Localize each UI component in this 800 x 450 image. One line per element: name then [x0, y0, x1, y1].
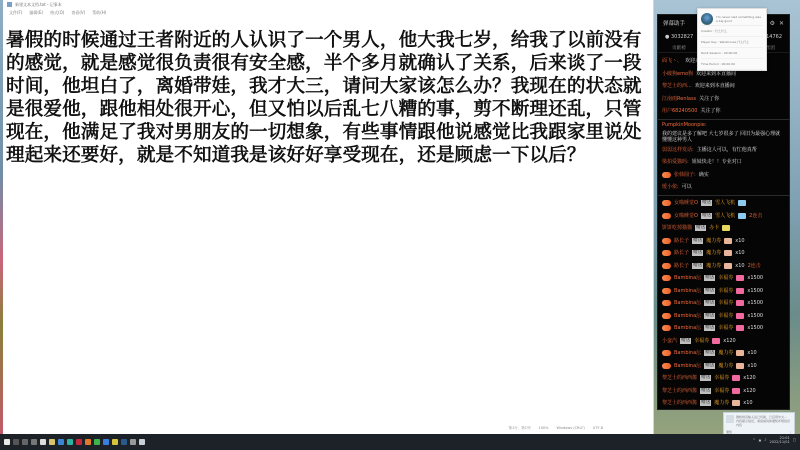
gift-name: 魔力券 [718, 363, 733, 369]
folder-icon[interactable] [49, 439, 55, 445]
gift-verb: 赠送 [692, 238, 703, 244]
start-icon[interactable] [4, 439, 10, 445]
menu-edit[interactable]: 编辑(E) [28, 10, 44, 16]
notification-body: 内容提示信息，请查看具体通知详细信息内容 [736, 419, 792, 427]
app-red-icon[interactable] [76, 439, 82, 445]
gift-name: 幸福券 [718, 288, 733, 294]
gift-sender: 路长子 [674, 250, 689, 256]
settings-icon[interactable]: ⚙ [770, 20, 775, 27]
gift-name: 办卡 [709, 225, 719, 231]
gift-sender: 黎芝士的西西酱 [662, 388, 697, 394]
gift-sender: Bambina沄 [674, 300, 701, 306]
gift-message: 路长子赠送魔力券x10 [662, 248, 785, 259]
room-id: 3032827 [671, 34, 693, 40]
gift-ticket-icon [724, 238, 732, 244]
popup-headline: I'm never said something was a big good [716, 15, 763, 23]
status-bar: 第1行，第1列 100% Windows (CRLF) UTF-8 [509, 426, 604, 431]
gift-ticket-icon [736, 350, 744, 356]
gift-sender: Bambina沄 [674, 275, 701, 281]
gift-pink-icon [736, 275, 744, 281]
fan-badge-icon [662, 250, 671, 256]
fan-badge-icon [662, 213, 671, 219]
gift-name: 雪人飞机 [715, 213, 735, 219]
gift-name: 幸福券 [718, 275, 733, 281]
gift-sender: 黎芝士的西西酱 [662, 375, 697, 381]
fan-badge-icon [662, 350, 671, 356]
search-icon[interactable] [13, 439, 19, 445]
volume-icon[interactable]: ♪ [764, 438, 766, 442]
gift-sender: Bambina沄 [674, 288, 701, 294]
chat-comment: PumpkinMoonpie:我的建议是多了解吧 大七岁很多了 回旧为最强心理就… [662, 122, 785, 143]
gift-pink-icon [732, 388, 740, 394]
edge-icon[interactable] [67, 439, 73, 445]
gift-sender: 饼饼吃掉猫猫 [662, 225, 692, 231]
gift-pink-icon [712, 338, 720, 344]
notepad-window: 新建文本文档.txt - 记事本 文件(F) 编辑(E) 格式(O) 查看(V)… [3, 0, 654, 434]
gift-message: 女喵睡觉O赠送雪人飞机2连击 [662, 210, 785, 221]
gift-verb: 赠送 [692, 250, 703, 256]
gift-plane-icon [738, 213, 746, 219]
gift-sender: 女喵睡觉O [674, 200, 698, 206]
gift-message: Bambina沄赠送魔力券x10 [662, 360, 785, 371]
gift-sender: Bambina沄 [674, 363, 701, 369]
tab-contribution[interactable]: 贡献榜 [672, 45, 686, 51]
gift-count: x1500 [747, 288, 763, 294]
gift-verb: 赠送 [704, 275, 715, 281]
gift-message: 黎芝士的西西酱赠送幸福券x120 [662, 385, 785, 396]
fan-badge-icon [662, 363, 671, 369]
gift-name: 魔力券 [706, 238, 721, 244]
gift-message: Bambina沄赠送幸福券x1500 [662, 323, 785, 334]
status-zoom: 100% [538, 426, 548, 431]
gift-name: 魔力券 [706, 250, 721, 256]
gift-verb: 赠送 [700, 375, 711, 381]
app-orange-icon[interactable] [85, 439, 91, 445]
gift-message: 黎芝士的西西酱赠送魔力券x10 [662, 398, 785, 409]
gift-count: x10 [743, 400, 752, 406]
gift-message: 饼饼吃掉猫猫赠送办卡 [662, 223, 785, 234]
menu-view[interactable]: 查看(V) [70, 10, 86, 16]
app-yellow-icon[interactable] [112, 439, 118, 445]
status-position: 第1行，第1列 [509, 426, 531, 431]
gift-sender: Bambina沄 [674, 325, 701, 331]
gift-verb: 赠送 [704, 350, 715, 356]
gift-name: 幸福券 [718, 300, 733, 306]
gift-message: 小蛮汽赠送幸福券x120 [662, 335, 785, 346]
gift-name: 幸福券 [714, 388, 729, 394]
app-blue-icon[interactable] [103, 439, 109, 445]
user-info-popup: I'm never said something was a big good … [697, 8, 767, 71]
gift-message: Bambina沄赠送幸福券x1500 [662, 273, 785, 284]
gift-count: x1500 [747, 325, 763, 331]
chat-message: 江南雨Renlass关注了你 [662, 93, 785, 104]
chat-message: 用户68240500关注了你 [662, 106, 785, 117]
gift-verb: 赠送 [704, 325, 715, 331]
status-line-ending: Windows (CRLF) [556, 426, 584, 431]
fan-badge-icon [662, 263, 671, 269]
gift-verb: 赠送 [704, 288, 715, 294]
fan-badge-icon [662, 300, 671, 306]
chat-comment: 弱弱这样发话:主播这人可以，有忙他真帮 [662, 144, 785, 155]
clock[interactable]: 21:01 2022/11/01 [770, 436, 790, 444]
chat-message: 黎芝士的西...欢迎来到本直播间 [662, 81, 785, 92]
fan-badge-icon [662, 200, 671, 206]
gift-pink-icon [736, 325, 744, 331]
gift-name: 魔力券 [706, 263, 721, 269]
menu-bar: 文件(F) 编辑(E) 格式(O) 查看(V) 帮助(H) [3, 9, 653, 17]
window-title: 新建文本文档.txt - 记事本 [15, 2, 62, 8]
chat-comment: 梁拍爱猫吗:姐妹快走！！专业对口 [662, 157, 785, 168]
gift-count: x1500 [747, 300, 763, 306]
gift-name: 魔力券 [718, 350, 733, 356]
close-icon[interactable]: ✕ [779, 20, 784, 27]
gift-list: 女喵睡觉O赠送雪人飞机女喵睡觉O赠送雪人飞机2连击饼饼吃掉猫猫赠送办卡路长子赠送… [662, 198, 785, 409]
steam-icon[interactable] [139, 439, 145, 445]
gift-count: x10 [735, 263, 744, 269]
gift-ticket-icon [724, 263, 732, 269]
gift-sender: Bambina沄 [674, 350, 701, 356]
gift-verb: 赠送 [701, 213, 712, 219]
divider [658, 195, 789, 196]
gift-count: x1500 [747, 313, 763, 319]
gift-pink-icon [736, 313, 744, 319]
chat-title: 弹幕助手 [663, 19, 685, 27]
gift-verb: 赠送 [680, 338, 691, 344]
gift-message: 路长子赠送魔力券x102连击 [662, 260, 785, 271]
gift-count: x120 [723, 338, 736, 344]
tray-chevron-icon[interactable]: ^ [753, 438, 756, 442]
gift-name: 幸福券 [718, 325, 733, 331]
gift-count: x10 [735, 238, 744, 244]
gift-verb: 赠送 [695, 225, 706, 231]
popup-line: Creator : 什么什么 [701, 26, 763, 37]
status-encoding: UTF-8 [593, 426, 603, 431]
gift-sender: 女喵睡觉O [674, 213, 698, 219]
system-tray: ^ ▲ ♪ 21:01 2022/11/01 □ [753, 436, 796, 444]
gift-count: x120 [743, 388, 756, 394]
gift-count: x10 [747, 363, 756, 369]
gift-ticket-icon [732, 400, 740, 406]
gift-verb: 赠送 [700, 388, 711, 394]
chat-comment: 缓小依:可以 [662, 182, 785, 193]
popup-line: Time Period : 00:00:00 [701, 59, 763, 70]
gift-name: 幸福券 [718, 313, 733, 319]
mail-icon[interactable] [58, 439, 64, 445]
gift-count: x1500 [747, 275, 763, 281]
notification-center-icon[interactable]: □ [793, 438, 796, 442]
danmaku-chat-panel: 弹幕助手 🔒 ⚙ ✕ ● 3032827 14762 贡献榜 粉丝团 面飞丶、欢… [657, 14, 790, 410]
popup-line: Rank Session : 00:00:00 [701, 48, 763, 59]
gift-sender: Bambina沄 [674, 313, 701, 319]
avatar [701, 13, 713, 25]
fan-badge-icon [662, 325, 671, 331]
gift-message: Bambina沄赠送魔力券x10 [662, 348, 785, 359]
gift-message: Bambina沄赠送幸福券x1500 [662, 285, 785, 296]
gift-verb: 赠送 [704, 300, 715, 306]
gift-sender: 路长子 [674, 238, 689, 244]
gift-sender: 小蛮汽 [662, 338, 677, 344]
app-gray-icon[interactable] [130, 439, 136, 445]
app-dark-icon[interactable] [121, 439, 127, 445]
task-view-icon[interactable] [22, 439, 28, 445]
gift-name: 幸福券 [694, 338, 709, 344]
gift-ticket-icon [724, 250, 732, 256]
gift-name: 雪人飞机 [715, 200, 735, 206]
fan-badge-icon [662, 313, 671, 319]
gift-verb: 赠送 [701, 200, 712, 206]
gift-pink-icon [732, 375, 740, 381]
document-text[interactable]: 暑假的时候通过王者附近的人认识了一个男人，他大我七岁，给我了以前没有的感觉，就是… [6, 29, 654, 167]
gift-sender: 路长子 [674, 263, 689, 269]
notepad-titlebar: 新建文本文档.txt - 记事本 [3, 0, 653, 9]
gift-pink-icon [736, 300, 744, 306]
taskbar: ^ ▲ ♪ 21:01 2022/11/01 □ [0, 434, 800, 450]
chat-comment: 张韩圆子:确实 [662, 169, 785, 180]
notification-icon [726, 415, 734, 423]
menu-help[interactable]: 帮助(H) [91, 10, 107, 16]
gift-verb: 赠送 [700, 400, 711, 406]
gift-message: 路长子赠送魔力券x10 [662, 235, 785, 246]
fans-count: 14762 [766, 34, 782, 40]
popup-line: Player Key : Warehouse 什么什么 [701, 37, 763, 48]
gift-name: 幸福券 [714, 375, 729, 381]
gift-sender: 黎芝士的西西酱 [662, 400, 697, 406]
gift-message: 女喵睡觉O赠送雪人飞机 [662, 198, 785, 209]
gift-message: 黎芝士的西西酱赠送幸福券x120 [662, 373, 785, 384]
gift-pink-icon [736, 288, 744, 294]
chat-message-list[interactable]: 面飞丶、欢迎来到本直播间 小破狗emo狗欢迎来到本直播间 黎芝士的西...欢迎来… [658, 53, 789, 410]
gift-name: 魔力券 [714, 400, 729, 406]
gift-verb: 赠送 [704, 313, 715, 319]
gift-message: Bambina沄赠送幸福券x1500 [662, 310, 785, 321]
menu-format[interactable]: 格式(O) [49, 10, 65, 16]
gift-verb: 赠送 [704, 363, 715, 369]
file-icon[interactable] [40, 439, 46, 445]
gift-combo: 2连击 [749, 213, 762, 219]
gift-count: x10 [735, 250, 744, 256]
fan-badge-icon [662, 275, 671, 281]
gift-ticket-icon [736, 363, 744, 369]
gift-verb: 赠送 [692, 263, 703, 269]
gift-message: Bambina沄赠送幸福券x1500 [662, 298, 785, 309]
app-green-icon[interactable] [94, 439, 100, 445]
notepad-icon [7, 2, 12, 7]
fan-badge-icon [662, 288, 671, 294]
menu-file[interactable]: 文件(F) [8, 10, 23, 16]
divider [658, 119, 789, 120]
gift-card-icon [722, 225, 730, 231]
widgets-icon[interactable] [31, 439, 37, 445]
fan-badge-icon [662, 172, 671, 178]
gift-count: x10 [747, 350, 756, 356]
network-icon[interactable]: ▲ [759, 438, 762, 442]
fan-badge-icon [662, 238, 671, 244]
gift-combo: 2连击 [748, 263, 761, 269]
gift-plane-icon [738, 200, 746, 206]
gift-count: x120 [743, 375, 756, 381]
